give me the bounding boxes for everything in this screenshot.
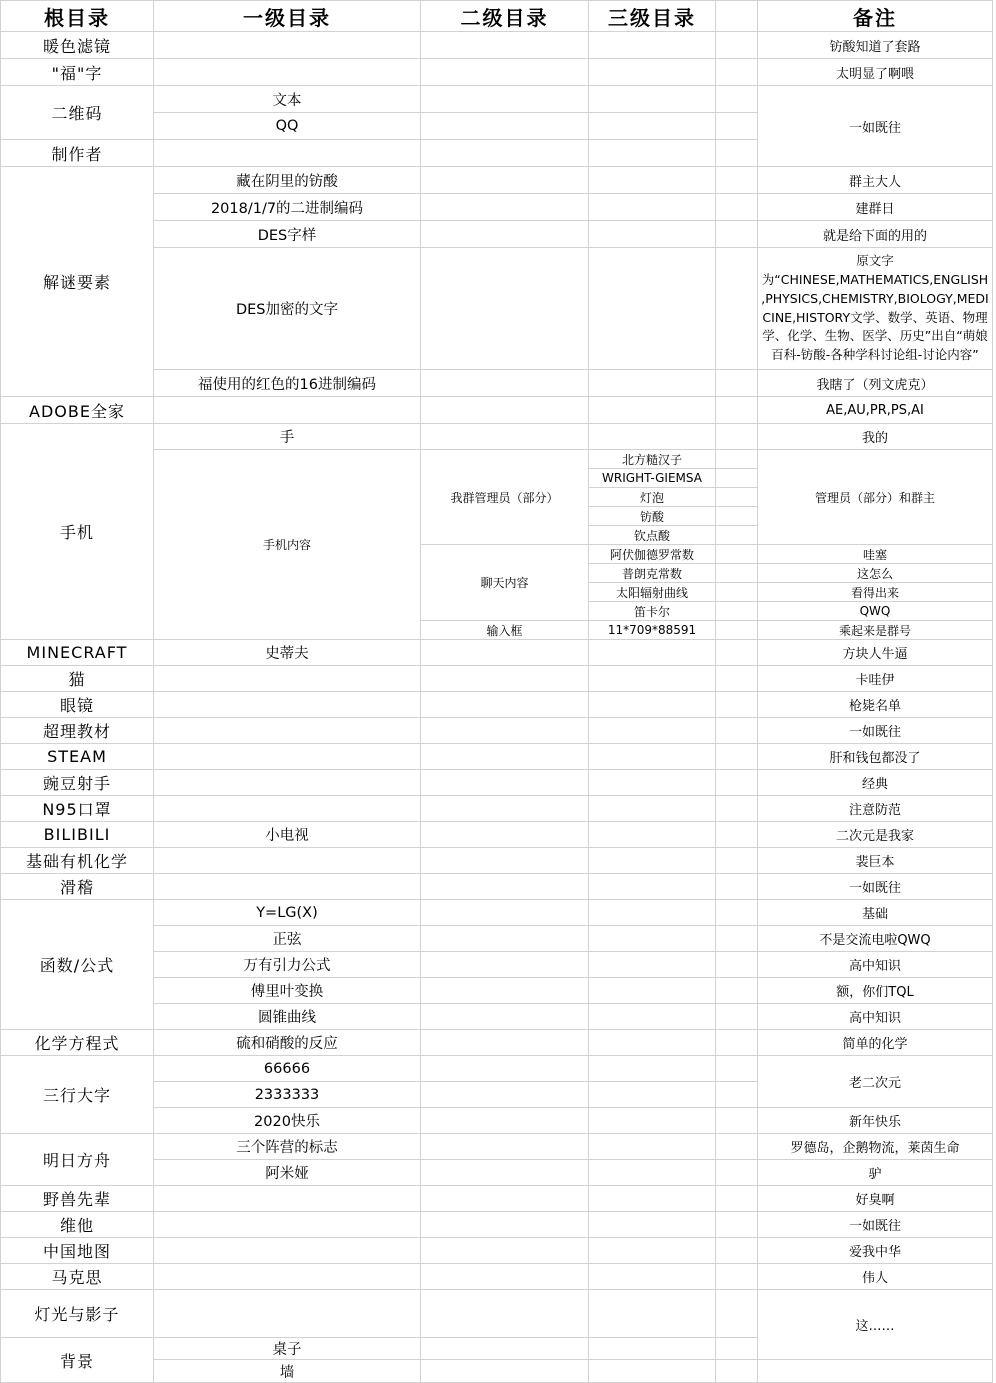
cell-level3-r26[interactable]	[589, 744, 716, 770]
cell-spacer-r24[interactable]	[716, 692, 758, 718]
cell-note-r24[interactable]: 枪毙名单	[758, 692, 993, 718]
cell-spacer-r1[interactable]	[716, 59, 758, 86]
cell-root-r10[interactable]: ADOBE全家	[1, 397, 154, 424]
cell-note-r27[interactable]: 经典	[758, 770, 993, 796]
cell-root-r44[interactable]: 维他	[1, 1212, 154, 1238]
cell-spacer-r48[interactable]	[716, 1338, 758, 1360]
directory-checklist-sheet: 根目录一级目录二级目录三级目录备注 暖色滤镜钫酸知道了套路"福"字太明显了啊喂二…	[0, 0, 996, 1383]
table-row: 解谜要素藏在阴里的钫酸群主大人	[1, 167, 993, 194]
table-row: ADOBE全家AE,AU,PR,PS,AI	[1, 397, 993, 424]
cell-level2-r31[interactable]	[421, 874, 589, 900]
cell-spacer-r34[interactable]	[716, 952, 758, 978]
cell-root-r46[interactable]: 马克思	[1, 1264, 154, 1290]
cell-level1-r47[interactable]	[154, 1290, 421, 1338]
cell-level2-r39[interactable]	[421, 1082, 589, 1108]
cell-level1-r42[interactable]: 阿米娅	[154, 1160, 421, 1186]
cell-level1-r34[interactable]: 万有引力公式	[154, 952, 421, 978]
cell-level3-r40[interactable]	[589, 1108, 716, 1134]
cell-level3-r33[interactable]	[589, 926, 716, 952]
cell-level1-r30[interactable]	[154, 848, 421, 874]
table-row: 灯光与影子这……	[1, 1290, 993, 1338]
table-row: 眼镜枪毙名单	[1, 692, 993, 718]
cell-note-r29[interactable]: 二次元是我家	[758, 822, 993, 848]
cell-note-r5[interactable]: 群主大人	[758, 167, 993, 194]
cell-spacer-r32[interactable]	[716, 900, 758, 926]
cell-level1-r24[interactable]	[154, 692, 421, 718]
cell-level1-r27[interactable]	[154, 770, 421, 796]
cell-note-r37[interactable]: 简单的化学	[758, 1030, 993, 1056]
cell-level2-r4[interactable]	[421, 140, 589, 167]
cell-spacer-r35[interactable]	[716, 978, 758, 1004]
cell-spacer-r12[interactable]	[716, 450, 758, 469]
cell-note-r17[interactable]: 哇塞	[758, 545, 993, 564]
cell-note-r9[interactable]: 我瞎了（列文虎克）	[758, 370, 993, 397]
cell-spacer-r29[interactable]	[716, 822, 758, 848]
cell-level3-r15[interactable]: 钫酸	[589, 507, 716, 526]
cell-level1-r28[interactable]	[154, 796, 421, 822]
cell-note-r33[interactable]: 不是交流电啦QWQ	[758, 926, 993, 952]
table-row: 马克思伟人	[1, 1264, 993, 1290]
cell-root-r27[interactable]: 豌豆射手	[1, 770, 154, 796]
cell-level1-r49[interactable]: 墙	[154, 1360, 421, 1383]
cell-root-r25[interactable]: 超理教材	[1, 718, 154, 744]
cell-level3-r36[interactable]	[589, 1004, 716, 1030]
cell-level3-r0[interactable]	[589, 32, 716, 59]
cell-level3-r49[interactable]	[589, 1360, 716, 1383]
table-row: 豌豆射手经典	[1, 770, 993, 796]
cell-level2-r37[interactable]	[421, 1030, 589, 1056]
cell-level3-r46[interactable]	[589, 1264, 716, 1290]
cell-spacer-r49[interactable]	[716, 1360, 758, 1383]
cell-level2-r45[interactable]	[421, 1238, 589, 1264]
cell-spacer-r6[interactable]	[716, 194, 758, 221]
cell-level2-r7[interactable]	[421, 221, 589, 248]
table-row: BILIBILI小电视二次元是我家	[1, 822, 993, 848]
cell-note-r40[interactable]: 新年快乐	[758, 1108, 993, 1134]
cell-level3-r48[interactable]	[589, 1338, 716, 1360]
cell-spacer-r38[interactable]	[716, 1056, 758, 1082]
cell-level2-r6[interactable]	[421, 194, 589, 221]
cell-root-r47[interactable]: 灯光与影子	[1, 1290, 154, 1338]
cell-spacer-r30[interactable]	[716, 848, 758, 874]
table-row: 猫卡哇伊	[1, 666, 993, 692]
cell-spacer-r33[interactable]	[716, 926, 758, 952]
cell-spacer-r39[interactable]	[716, 1082, 758, 1108]
cell-level2-r11[interactable]	[421, 424, 589, 450]
cell-spacer-r2[interactable]	[716, 86, 758, 113]
cell-note-r18[interactable]: 这怎么	[758, 564, 993, 583]
cell-level1-r6[interactable]: 2018/1/7的二进制编码	[154, 194, 421, 221]
cell-root-r43[interactable]: 野兽先辈	[1, 1186, 154, 1212]
cell-level3-r34[interactable]	[589, 952, 716, 978]
cell-level1-r26[interactable]	[154, 744, 421, 770]
cell-level1-r7[interactable]: DES字样	[154, 221, 421, 248]
cell-spacer-r36[interactable]	[716, 1004, 758, 1030]
cell-note-r6[interactable]: 建群日	[758, 194, 993, 221]
cell-note-r12[interactable]: 管理员（部分）和群主	[758, 450, 993, 545]
spreadsheet-table: 根目录一级目录二级目录三级目录备注 暖色滤镜钫酸知道了套路"福"字太明显了啊喂二…	[0, 0, 993, 1383]
cell-root-r0[interactable]: 暖色滤镜	[1, 32, 154, 59]
cell-level2-r3[interactable]	[421, 113, 589, 140]
cell-spacer-r18[interactable]	[716, 564, 758, 583]
cell-level2-r34[interactable]	[421, 952, 589, 978]
cell-note-r42[interactable]: 驴	[758, 1160, 993, 1186]
cell-root-r22[interactable]: MINECRAFT	[1, 640, 154, 666]
cell-level3-r28[interactable]	[589, 796, 716, 822]
cell-root-r11[interactable]: 手机	[1, 424, 154, 640]
cell-spacer-r40[interactable]	[716, 1108, 758, 1134]
cell-level3-r47[interactable]	[589, 1290, 716, 1338]
cell-level3-r27[interactable]	[589, 770, 716, 796]
cell-spacer-r14[interactable]	[716, 488, 758, 507]
cell-note-r11[interactable]: 我的	[758, 424, 993, 450]
cell-level3-r21[interactable]: 11*709*88591	[589, 621, 716, 640]
cell-note-r10[interactable]: AE,AU,PR,PS,AI	[758, 397, 993, 424]
cell-level3-r42[interactable]	[589, 1160, 716, 1186]
cell-level1-r35[interactable]: 傅里叶变换	[154, 978, 421, 1004]
cell-spacer-r31[interactable]	[716, 874, 758, 900]
cell-note-r1[interactable]: 太明显了啊喂	[758, 59, 993, 86]
cell-spacer-r45[interactable]	[716, 1238, 758, 1264]
cell-level3-r16[interactable]: 钦点酸	[589, 526, 716, 545]
cell-spacer-r0[interactable]	[716, 32, 758, 59]
cell-spacer-r46[interactable]	[716, 1264, 758, 1290]
cell-spacer-r22[interactable]	[716, 640, 758, 666]
cell-level2-r40[interactable]	[421, 1108, 589, 1134]
cell-note-r36[interactable]: 高中知识	[758, 1004, 993, 1030]
cell-level1-r44[interactable]	[154, 1212, 421, 1238]
cell-level3-r19[interactable]: 太阳辐射曲线	[589, 583, 716, 602]
cell-spacer-r10[interactable]	[716, 397, 758, 424]
table-row: 明日方舟三个阵营的标志罗德岛，企鹅物流，莱茵生命	[1, 1134, 993, 1160]
cell-root-r45[interactable]: 中国地图	[1, 1238, 154, 1264]
cell-level1-r2[interactable]: 文本	[154, 86, 421, 113]
cell-root-r1[interactable]: "福"字	[1, 59, 154, 86]
cell-level1-r4[interactable]	[154, 140, 421, 167]
cell-level2-r23[interactable]	[421, 666, 589, 692]
cell-level3-r4[interactable]	[589, 140, 716, 167]
cell-level3-r1[interactable]	[589, 59, 716, 86]
table-row: 滑稽一如既往	[1, 874, 993, 900]
table-row: N95口罩注意防范	[1, 796, 993, 822]
cell-level3-r32[interactable]	[589, 900, 716, 926]
cell-level1-r32[interactable]: Y=LG(X)	[154, 900, 421, 926]
cell-level1-r0[interactable]	[154, 32, 421, 59]
cell-spacer-r9[interactable]	[716, 370, 758, 397]
cell-level3-r29[interactable]	[589, 822, 716, 848]
table-row: 维他一如既往	[1, 1212, 993, 1238]
cell-level2-r22[interactable]	[421, 640, 589, 666]
cell-level3-r23[interactable]	[589, 666, 716, 692]
cell-spacer-r5[interactable]	[716, 167, 758, 194]
cell-level1-r1[interactable]	[154, 59, 421, 86]
cell-level1-r38[interactable]: 66666	[154, 1056, 421, 1082]
cell-level2-r5[interactable]	[421, 167, 589, 194]
cell-level2-r27[interactable]	[421, 770, 589, 796]
column-header-level2[interactable]: 二级目录	[421, 1, 589, 32]
cell-level2-r2[interactable]	[421, 86, 589, 113]
cell-level1-r45[interactable]	[154, 1238, 421, 1264]
cell-level3-r17[interactable]: 阿伏伽德罗常数	[589, 545, 716, 564]
column-header-level1[interactable]: 一级目录	[154, 1, 421, 32]
cell-root-r5[interactable]: 解谜要素	[1, 167, 154, 397]
cell-level3-r10[interactable]	[589, 397, 716, 424]
cell-level3-r3[interactable]	[589, 113, 716, 140]
cell-spacer-r37[interactable]	[716, 1030, 758, 1056]
cell-spacer-r11[interactable]	[716, 424, 758, 450]
cell-spacer-r13[interactable]	[716, 469, 758, 488]
table-row: STEAM肝和钱包都没了	[1, 744, 993, 770]
cell-level3-r31[interactable]	[589, 874, 716, 900]
cell-spacer-r47[interactable]	[716, 1290, 758, 1338]
cell-level3-r7[interactable]	[589, 221, 716, 248]
cell-note-r47[interactable]: 这……	[758, 1290, 993, 1360]
cell-spacer-r28[interactable]	[716, 796, 758, 822]
cell-level3-r12[interactable]: 北方糙汉子	[589, 450, 716, 469]
cell-note-r8[interactable]: 原文字为“CHINESE,MATHEMATICS,ENGLISH,PHYSICS…	[758, 248, 993, 370]
cell-spacer-r4[interactable]	[716, 140, 758, 167]
cell-level2-r17[interactable]: 聊天内容	[421, 545, 589, 621]
cell-level2-r24[interactable]	[421, 692, 589, 718]
cell-level3-r30[interactable]	[589, 848, 716, 874]
table-row: 野兽先辈好臭啊	[1, 1186, 993, 1212]
cell-root-r30[interactable]: 基础有机化学	[1, 848, 154, 874]
cell-level2-r29[interactable]	[421, 822, 589, 848]
cell-level1-r22[interactable]: 史蒂夫	[154, 640, 421, 666]
cell-spacer-r15[interactable]	[716, 507, 758, 526]
cell-note-r31[interactable]: 一如既往	[758, 874, 993, 900]
table-row: MINECRAFT史蒂夫方块人牛逼	[1, 640, 993, 666]
cell-level2-r33[interactable]	[421, 926, 589, 952]
column-header-root[interactable]: 根目录	[1, 1, 154, 32]
cell-level3-r41[interactable]	[589, 1134, 716, 1160]
cell-level3-r24[interactable]	[589, 692, 716, 718]
cell-spacer-r7[interactable]	[716, 221, 758, 248]
cell-root-r24[interactable]: 眼镜	[1, 692, 154, 718]
cell-level2-r48[interactable]	[421, 1338, 589, 1360]
cell-note-r21[interactable]: 乘起来是群号	[758, 621, 993, 640]
table-body: 暖色滤镜钫酸知道了套路"福"字太明显了啊喂二维码文本一如既往QQ制作者解谜要素藏…	[1, 32, 993, 1383]
cell-level1-r41[interactable]: 三个阵营的标志	[154, 1134, 421, 1160]
cell-level3-r14[interactable]: 灯泡	[589, 488, 716, 507]
table-row: 超理教材一如既往	[1, 718, 993, 744]
cell-level3-r8[interactable]	[589, 248, 716, 370]
cell-spacer-r41[interactable]	[716, 1134, 758, 1160]
cell-level2-r28[interactable]	[421, 796, 589, 822]
cell-level1-r12[interactable]: 手机内容	[154, 450, 421, 640]
cell-level2-r44[interactable]	[421, 1212, 589, 1238]
cell-level2-r26[interactable]	[421, 744, 589, 770]
cell-spacer-r23[interactable]	[716, 666, 758, 692]
table-header: 根目录一级目录二级目录三级目录备注	[1, 1, 993, 32]
cell-level2-r42[interactable]	[421, 1160, 589, 1186]
column-header-note[interactable]: 备注	[758, 1, 993, 32]
cell-level1-r46[interactable]	[154, 1264, 421, 1290]
cell-note-r28[interactable]: 注意防范	[758, 796, 993, 822]
cell-level1-r5[interactable]: 藏在阴里的钫酸	[154, 167, 421, 194]
cell-spacer-r43[interactable]	[716, 1186, 758, 1212]
cell-root-r4[interactable]: 制作者	[1, 140, 154, 167]
cell-level3-r5[interactable]	[589, 167, 716, 194]
cell-level3-r44[interactable]	[589, 1212, 716, 1238]
cell-level2-r1[interactable]	[421, 59, 589, 86]
cell-spacer-r16[interactable]	[716, 526, 758, 545]
cell-spacer-r27[interactable]	[716, 770, 758, 796]
table-row: 基础有机化学裴巨本	[1, 848, 993, 874]
cell-level2-r21[interactable]: 输入框	[421, 621, 589, 640]
table-row: 二维码文本一如既往	[1, 86, 993, 113]
cell-level3-r35[interactable]	[589, 978, 716, 1004]
cell-level3-r45[interactable]	[589, 1238, 716, 1264]
cell-spacer-r20[interactable]	[716, 602, 758, 621]
cell-level2-r8[interactable]	[421, 248, 589, 370]
cell-level3-r20[interactable]: 笛卡尔	[589, 602, 716, 621]
cell-spacer-r42[interactable]	[716, 1160, 758, 1186]
cell-note-r44[interactable]: 一如既往	[758, 1212, 993, 1238]
cell-level3-r43[interactable]	[589, 1186, 716, 1212]
cell-level1-r39[interactable]: 2333333	[154, 1082, 421, 1108]
table-row: 暖色滤镜钫酸知道了套路	[1, 32, 993, 59]
table-row: 三行大字66666老二次元	[1, 1056, 993, 1082]
cell-level2-r36[interactable]	[421, 1004, 589, 1030]
cell-level2-r0[interactable]	[421, 32, 589, 59]
cell-level2-r12[interactable]: 我群管理员（部分）	[421, 450, 589, 545]
cell-root-r38[interactable]: 三行大字	[1, 1056, 154, 1134]
cell-spacer-r21[interactable]	[716, 621, 758, 640]
cell-note-r49[interactable]	[758, 1360, 993, 1383]
cell-level3-r39[interactable]	[589, 1082, 716, 1108]
cell-level3-r37[interactable]	[589, 1030, 716, 1056]
cell-level1-r11[interactable]: 手	[154, 424, 421, 450]
cell-note-r2[interactable]: 一如既往	[758, 86, 993, 167]
table-row: "福"字太明显了啊喂	[1, 59, 993, 86]
cell-note-r0[interactable]: 钫酸知道了套路	[758, 32, 993, 59]
cell-level2-r46[interactable]	[421, 1264, 589, 1290]
cell-root-r37[interactable]: 化学方程式	[1, 1030, 154, 1056]
cell-note-r38[interactable]: 老二次元	[758, 1056, 993, 1108]
cell-note-r7[interactable]: 就是给下面的用的	[758, 221, 993, 248]
cell-level1-r37[interactable]: 硫和硝酸的反应	[154, 1030, 421, 1056]
cell-level2-r38[interactable]	[421, 1056, 589, 1082]
cell-note-r25[interactable]: 一如既往	[758, 718, 993, 744]
cell-level2-r41[interactable]	[421, 1134, 589, 1160]
cell-root-r31[interactable]: 滑稽	[1, 874, 154, 900]
table-row: 中国地图爱我中华	[1, 1238, 993, 1264]
cell-level2-r43[interactable]	[421, 1186, 589, 1212]
cell-level1-r8[interactable]: DES加密的文字	[154, 248, 421, 370]
cell-spacer-r17[interactable]	[716, 545, 758, 564]
cell-root-r26[interactable]: STEAM	[1, 744, 154, 770]
cell-note-r30[interactable]: 裴巨本	[758, 848, 993, 874]
cell-note-r46[interactable]: 伟人	[758, 1264, 993, 1290]
cell-root-r2[interactable]: 二维码	[1, 86, 154, 140]
cell-level2-r10[interactable]	[421, 397, 589, 424]
cell-root-r41[interactable]: 明日方舟	[1, 1134, 154, 1186]
cell-note-r41[interactable]: 罗德岛，企鹅物流，莱茵生命	[758, 1134, 993, 1160]
cell-root-r28[interactable]: N95口罩	[1, 796, 154, 822]
cell-level1-r33[interactable]: 正弦	[154, 926, 421, 952]
cell-level2-r47[interactable]	[421, 1290, 589, 1338]
cell-level1-r3[interactable]: QQ	[154, 113, 421, 140]
cell-level2-r49[interactable]	[421, 1360, 589, 1383]
cell-level2-r30[interactable]	[421, 848, 589, 874]
cell-note-r23[interactable]: 卡哇伊	[758, 666, 993, 692]
cell-note-r45[interactable]: 爱我中华	[758, 1238, 993, 1264]
cell-level3-r6[interactable]	[589, 194, 716, 221]
column-header-spacer[interactable]	[716, 1, 758, 32]
cell-note-r22[interactable]: 方块人牛逼	[758, 640, 993, 666]
cell-level1-r29[interactable]: 小电视	[154, 822, 421, 848]
cell-note-r26[interactable]: 肝和钱包都没了	[758, 744, 993, 770]
cell-level1-r43[interactable]	[154, 1186, 421, 1212]
cell-level1-r48[interactable]: 桌子	[154, 1338, 421, 1360]
cell-level1-r25[interactable]	[154, 718, 421, 744]
cell-spacer-r3[interactable]	[716, 113, 758, 140]
cell-level1-r23[interactable]	[154, 666, 421, 692]
cell-note-r19[interactable]: 看得出来	[758, 583, 993, 602]
cell-level2-r32[interactable]	[421, 900, 589, 926]
cell-level3-r13[interactable]: WRIGHT-GIEMSA	[589, 469, 716, 488]
cell-level1-r10[interactable]	[154, 397, 421, 424]
cell-root-r32[interactable]: 函数/公式	[1, 900, 154, 1030]
cell-root-r29[interactable]: BILIBILI	[1, 822, 154, 848]
cell-root-r23[interactable]: 猫	[1, 666, 154, 692]
cell-level3-r25[interactable]	[589, 718, 716, 744]
cell-level3-r38[interactable]	[589, 1056, 716, 1082]
cell-spacer-r25[interactable]	[716, 718, 758, 744]
table-row: 化学方程式硫和硝酸的反应简单的化学	[1, 1030, 993, 1056]
column-header-level3[interactable]: 三级目录	[589, 1, 716, 32]
cell-level2-r25[interactable]	[421, 718, 589, 744]
cell-spacer-r44[interactable]	[716, 1212, 758, 1238]
cell-level1-r9[interactable]: 福使用的红色的16进制编码	[154, 370, 421, 397]
cell-level2-r9[interactable]	[421, 370, 589, 397]
cell-level3-r2[interactable]	[589, 86, 716, 113]
cell-level3-r22[interactable]	[589, 640, 716, 666]
cell-level3-r18[interactable]: 普朗克常数	[589, 564, 716, 583]
cell-note-r35[interactable]: 额，你们TQL	[758, 978, 993, 1004]
cell-note-r20[interactable]: QWQ	[758, 602, 993, 621]
table-row: 函数/公式Y=LG(X)基础	[1, 900, 993, 926]
cell-level3-r11[interactable]	[589, 424, 716, 450]
table-row: 手机手我的	[1, 424, 993, 450]
cell-level3-r9[interactable]	[589, 370, 716, 397]
cell-note-r34[interactable]: 高中知识	[758, 952, 993, 978]
cell-level2-r35[interactable]	[421, 978, 589, 1004]
cell-level1-r36[interactable]: 圆锥曲线	[154, 1004, 421, 1030]
cell-spacer-r26[interactable]	[716, 744, 758, 770]
cell-level1-r40[interactable]: 2020快乐	[154, 1108, 421, 1134]
cell-spacer-r8[interactable]	[716, 248, 758, 370]
cell-spacer-r19[interactable]	[716, 583, 758, 602]
cell-note-r43[interactable]: 好臭啊	[758, 1186, 993, 1212]
cell-level1-r31[interactable]	[154, 874, 421, 900]
cell-root-r48[interactable]: 背景	[1, 1338, 154, 1383]
cell-note-r32[interactable]: 基础	[758, 900, 993, 926]
